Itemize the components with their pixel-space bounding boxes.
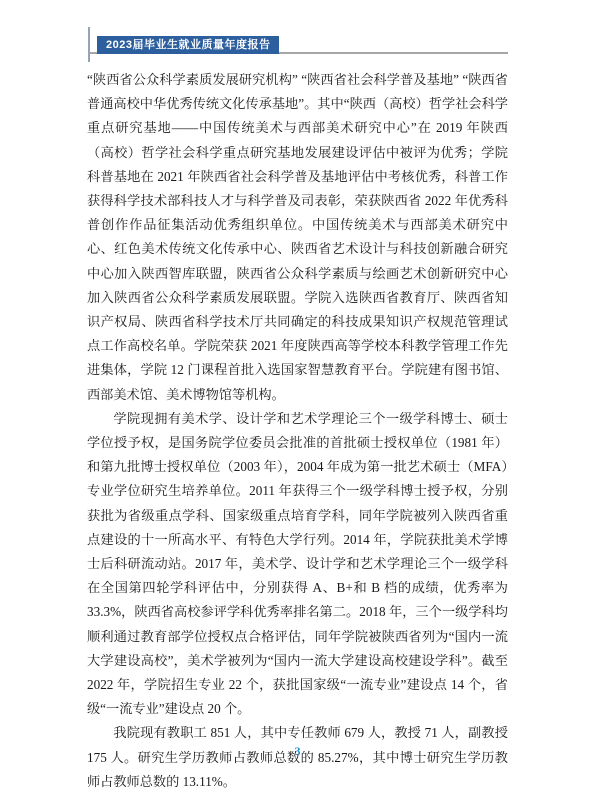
paragraph-institution-bases: “陕西省公众科学素质发展研究机构” “陕西省社会科学普及基地” “陕西省普通高校…	[87, 68, 508, 407]
paragraph-disciplines-degrees: 学院现拥有美术学、设计学和艺术学理论三个一级学科博士、硕士学位授予权，是国务院学…	[87, 407, 508, 722]
document-body: “陕西省公众科学素质发展研究机构” “陕西省社会科学普及基地” “陕西省普通高校…	[87, 68, 508, 794]
report-title-badge: 2023届毕业生就业质量年度报告	[97, 36, 279, 54]
header-vertical-divider	[88, 27, 90, 62]
page-number: 3	[0, 744, 595, 759]
document-page: 2023届毕业生就业质量年度报告 “陕西省公众科学素质发展研究机构” “陕西省社…	[0, 0, 595, 808]
